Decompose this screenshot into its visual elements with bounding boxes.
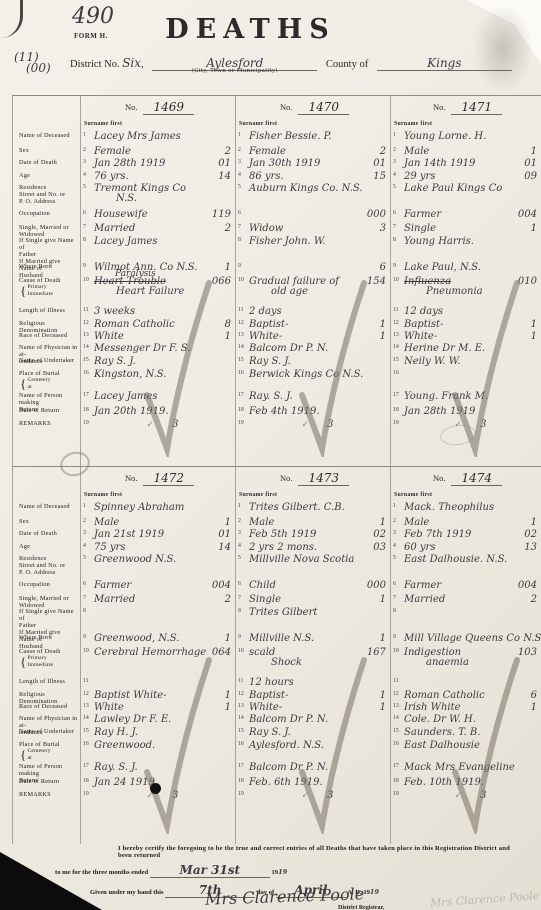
- field-code: 1: [225, 262, 231, 273]
- row-label-line: Name of Undertaker: [19, 357, 78, 364]
- row-label-line: If Single give Name of: [19, 608, 78, 622]
- field-value: Lake Paul Kings Co: [404, 183, 502, 194]
- field-code: 1: [380, 331, 386, 342]
- row-label-text: Race of Deceased: [19, 332, 78, 339]
- record-1472-marital: 7Married2: [80, 594, 235, 607]
- field-code: 004: [212, 580, 231, 591]
- field-code: 01: [218, 529, 231, 540]
- page-title: DEATHS: [0, 14, 501, 45]
- record-1470-burial: 16Berwick Kings Co N.S.: [235, 369, 390, 391]
- row-label-line: Where Born: [19, 263, 78, 270]
- field-line: White-1: [239, 331, 390, 342]
- row-label-age: Age: [12, 171, 80, 183]
- record-1473-occupation: 6Child000: [235, 580, 390, 594]
- field-value: Mack Mrs Evangeline: [404, 762, 515, 773]
- surname-note-cell: Surname first: [235, 489, 390, 502]
- form-row-race: Race of Deceased13White113White-113White…: [12, 331, 541, 343]
- field-line: 60 yrs13: [394, 542, 541, 553]
- form-row-undertaker: Name of Undertaker15Ray S. J.15Ray S. J.…: [12, 356, 541, 369]
- field-value: 2 days: [249, 306, 282, 317]
- row-label-text: Place of Burial{Cemeteryat: [19, 370, 78, 390]
- row-label-text: Sex: [19, 147, 78, 154]
- row-number: 9: [238, 634, 241, 640]
- record-1469-return_by: 17Lacey James: [80, 391, 235, 406]
- surname-note: Surname first: [239, 121, 277, 127]
- brace-icon: {: [20, 751, 26, 758]
- record-1471-age: 429 yrs09: [390, 171, 541, 183]
- row-label-text: Where Born: [19, 263, 78, 270]
- row-label-text: Cause of Death{PrimaryImmediate: [19, 277, 78, 297]
- field-code: 2: [225, 146, 231, 157]
- row-label-name: Name of Deceased: [12, 502, 80, 517]
- field-line: Single1: [394, 223, 541, 234]
- row-number: 19: [83, 791, 89, 797]
- field-line: White-1: [239, 702, 390, 713]
- field-value: Male: [94, 517, 119, 528]
- row-label-line: Date of Return: [19, 778, 78, 785]
- row-label-text: Length of Illness: [19, 307, 78, 314]
- row-number: 9: [238, 263, 241, 269]
- field-line: Male1: [239, 517, 390, 528]
- row-label-line: Name of Deceased: [19, 503, 78, 510]
- field-value: Jan 14th 1919: [404, 158, 475, 169]
- record-number-cell: No.1472: [80, 467, 235, 489]
- field-line: Balcom Dr P. N.: [239, 762, 390, 773]
- row-label-return_date: Date of Return: [12, 406, 80, 419]
- field-line: Herine Dr M. E.: [394, 343, 541, 354]
- record-1472-sex: 2Male1: [80, 517, 235, 529]
- district-label: District No.: [70, 59, 120, 70]
- row-number: 8: [393, 608, 396, 614]
- record-1473-return_by: 17Balcom Dr P. N.: [235, 762, 390, 777]
- field-line: Feb. 6th 1919.: [239, 777, 390, 788]
- row-label-undertaker: Name of Undertaker: [12, 356, 80, 369]
- record-1473-remarks: 19✓3: [235, 790, 390, 844]
- field-code: 1: [531, 517, 537, 528]
- row-label-age: Age: [12, 542, 80, 554]
- field-line: ✓3: [239, 790, 390, 801]
- record-1472-undertaker: 15Ray H. J.: [80, 727, 235, 740]
- field-line: Young Harris.: [394, 236, 541, 247]
- field-line: Feb. 10th 1919.: [394, 777, 541, 788]
- field-line: 3 weeks: [84, 306, 235, 317]
- field-line: Feb 7th 191902: [394, 529, 541, 540]
- field-line: Child000: [239, 580, 390, 591]
- field-line2: N.S.: [84, 194, 235, 204]
- row-number: 2: [83, 518, 86, 524]
- record-number-cell: No.1470: [235, 96, 390, 118]
- field-value: Herine Dr M. E.: [404, 343, 485, 354]
- field-line2: Pneumonia: [394, 287, 541, 297]
- form-row-return_date: Date of Return18Jan 24 1919.18Feb. 6th 1…: [12, 777, 541, 790]
- record-number: 1474: [451, 471, 502, 486]
- row-number: 16: [238, 741, 244, 747]
- row-label-subline: Immediate: [27, 662, 53, 669]
- record-1473-race: 13White-1: [235, 702, 390, 714]
- row-number: 7: [83, 224, 86, 230]
- field-code: 1: [531, 331, 537, 342]
- form-row-burial: Place of Burial{Cemeteryat16Greenwood.16…: [12, 740, 541, 762]
- field-code: 6: [531, 690, 537, 701]
- field-line: Roman Catholic6: [394, 690, 541, 701]
- form-row-return_by: Name of Person makingReturn17Ray. S. J.1…: [12, 762, 541, 777]
- record-1469-cause: 10ParalysisHeart Trouble066Heart Failure: [80, 276, 235, 306]
- row-number: 6: [83, 210, 86, 216]
- field-line: Jan 28th 191901: [84, 158, 235, 169]
- row-label-line: Sex: [19, 147, 78, 154]
- field-code: 103: [518, 647, 537, 658]
- field-value: Ray S. J.: [94, 356, 136, 367]
- field-line: Feb 4th 1919.: [239, 406, 390, 417]
- record-1473-cause: 10scald167Shock: [235, 647, 390, 677]
- field-code: 1: [380, 702, 386, 713]
- field-value: Aylesford. N.S.: [249, 740, 324, 751]
- form-row-burial: Place of Burial{Cemeteryat16Kingston, N.…: [12, 369, 541, 391]
- surname-note-cell: Surname first: [390, 489, 541, 502]
- field-value: Housewife: [94, 209, 148, 220]
- record-1470-undertaker: 15Ray S. J.: [235, 356, 390, 369]
- row-number: 2: [238, 147, 241, 153]
- row-number: 11: [393, 307, 399, 313]
- field-line: Balcom Dr P. N.: [239, 343, 390, 354]
- record-1471-religion: 12Baptist-1: [390, 319, 541, 331]
- record-1474-name: 1Mack. Theophilus: [390, 502, 541, 517]
- row-number: 10: [238, 648, 244, 654]
- field-code: 000: [367, 209, 386, 220]
- record-1471-physician: 14Herine Dr M. E.: [390, 343, 541, 356]
- field-line2: Shock: [239, 658, 390, 668]
- field-code: 1: [225, 690, 231, 701]
- row-label-name: Name of Deceased: [12, 131, 80, 146]
- field-code: 1: [225, 702, 231, 713]
- row-label-line: P. O. Address: [19, 198, 78, 205]
- form-row-illness: Length of Illness113 weeks112 days1112 d…: [12, 306, 541, 319]
- field-line: Lawley Dr F. E.: [84, 714, 235, 725]
- field-code: 1: [380, 517, 386, 528]
- record-1471-return_by: 17Young. Frank M.: [390, 391, 541, 406]
- row-number: 7: [238, 595, 241, 601]
- row-label-burial: Place of Burial{Cemeteryat: [12, 369, 80, 391]
- row-label-return_by: Name of Person makingReturn: [12, 391, 80, 406]
- field-value: Feb 7th 1919: [404, 529, 471, 540]
- field-value: Lawley Dr F. E.: [94, 714, 171, 725]
- row-label-illness: Length of Illness: [12, 677, 80, 690]
- field-value: Messenger Dr F. S.: [94, 343, 190, 354]
- row-label-born: Where Born: [12, 262, 80, 276]
- form-row-illness: Length of Illness111112 hours11: [12, 677, 541, 690]
- check-mark-icon: ✓: [455, 790, 463, 801]
- field-value: White-: [249, 331, 282, 342]
- field-value: East Dalhousie: [404, 740, 480, 751]
- field-value: Baptist-: [249, 319, 288, 330]
- row-number: 4: [83, 543, 86, 549]
- row-label-line: Length of Illness: [19, 307, 78, 314]
- field-line: 000: [239, 209, 390, 220]
- record-1473-undertaker: 15Ray S. J.: [235, 727, 390, 740]
- field-line: Saunders. T. B.: [394, 727, 541, 738]
- field-line: Auburn Kings Co. N.S.: [239, 183, 390, 194]
- row-number: 12: [83, 320, 89, 326]
- field-code: 1: [531, 702, 537, 713]
- row-number: 1: [83, 503, 86, 509]
- form-row-physician: Name of Physician in at-tendance14Messen…: [12, 343, 541, 356]
- row-number: 18: [238, 407, 244, 413]
- record-1470-dod: 3Jan 30th 191901: [235, 158, 390, 171]
- row-label-illness: Length of Illness: [12, 306, 80, 319]
- record-1474-return_by: 17Mack Mrs Evangeline: [390, 762, 541, 777]
- field-value: Farmer: [404, 580, 441, 591]
- field-value: Young Lorne. H.: [404, 131, 486, 142]
- form-row-religion: Religious Denomination12Roman Catholic81…: [12, 319, 541, 331]
- record-1470-race: 13White-1: [235, 331, 390, 343]
- row-number: 3: [238, 159, 241, 165]
- field-line: Trites Gilbert: [239, 607, 390, 618]
- record-1472-remarks: 19✓3: [80, 790, 235, 844]
- field-value: Baptist White-: [94, 690, 167, 701]
- field-value: White-: [404, 331, 437, 342]
- record-1469-parent: 8Lacey James: [80, 236, 235, 262]
- field-code: 3: [380, 223, 386, 234]
- field-line: Married2: [394, 594, 541, 605]
- brace-icon: {: [20, 287, 26, 294]
- record-1470-return_by: 17Ray. S. J.: [235, 391, 390, 406]
- record-1473-name: 1Trites Gilbert. C.B.: [235, 502, 390, 517]
- row-number: 8: [393, 237, 396, 243]
- field-line: 86 yrs.15: [239, 171, 390, 182]
- row-number: 9: [393, 634, 396, 640]
- row-label-text: Name of Undertaker: [19, 728, 78, 735]
- row-number: 7: [238, 224, 241, 230]
- field-value: Feb 5th 1919: [249, 529, 316, 540]
- row-number: 1: [393, 132, 396, 138]
- record-1469-occupation: 6Housewife119: [80, 209, 235, 223]
- field-value: Lacey Mrs James: [94, 131, 181, 142]
- field-line: Ray. S. J.: [84, 762, 235, 773]
- row-number: 2: [83, 147, 86, 153]
- certification-line2: to me for the three months ended Mar 31s…: [55, 863, 541, 878]
- row-number: 19: [393, 420, 399, 426]
- field-note: Paralysis: [115, 269, 156, 279]
- field-value: 3: [480, 790, 486, 801]
- field-line: Male1: [394, 517, 541, 528]
- field-line: Jan 30th 191901: [239, 158, 390, 169]
- field-value: 60 yrs: [404, 542, 435, 553]
- form-row-residence: ResidenceStreet and No. orP. O. Address5…: [12, 183, 541, 209]
- field-value: Mill Village Queens Co N.S.: [404, 633, 541, 644]
- row-label-line: Date of Return: [19, 407, 78, 414]
- row-label-line: Occupation: [19, 210, 78, 217]
- field-code: 119: [212, 209, 231, 220]
- field-code: 14: [218, 542, 231, 553]
- field-line: Trites Gilbert. C.B.: [239, 502, 390, 513]
- record-1472-age: 475 yrs14: [80, 542, 235, 554]
- row-number: 13: [83, 703, 89, 709]
- form-row-dod: Date of Death3Jan 21st 1919013Feb 5th 19…: [12, 529, 541, 542]
- record-1472-cause: 10Cerebral Hemorrhage064: [80, 647, 235, 677]
- row-label-text: Occupation: [19, 581, 78, 588]
- field-line: 2 yrs 2 mons.03: [239, 542, 390, 553]
- record-1473-physician: 14Balcom Dr P. N.: [235, 714, 390, 727]
- row-number: 4: [238, 172, 241, 178]
- field-line: Balcom Dr P. N.: [239, 714, 390, 725]
- record-1471-race: 13White-1: [390, 331, 541, 343]
- field-code: 1: [380, 319, 386, 330]
- record-1473-illness: 1112 hours: [235, 677, 390, 690]
- row-number: 10: [393, 648, 399, 654]
- check-mark-icon: ✓: [302, 790, 310, 801]
- row-number: 11: [238, 678, 244, 684]
- record-1471-return_date: 18Jan 28th 1919: [390, 406, 541, 419]
- row-label-burial: Place of Burial{Cemeteryat: [12, 740, 80, 762]
- row-number: 13: [393, 332, 399, 338]
- field-code: 2: [225, 594, 231, 605]
- record-1474-parent: 8: [390, 607, 541, 633]
- field-line2: Heart Failure: [84, 287, 235, 297]
- record-1470-physician: 14Balcom Dr P. N.: [235, 343, 390, 356]
- field-value: Roman Catholic: [404, 690, 485, 701]
- record-1471-marital: 7Single1: [390, 223, 541, 236]
- form-row-marital: Single, Married orWidowed7Married27Singl…: [12, 594, 541, 607]
- row-label-sublines: Cemeteryat: [27, 748, 50, 761]
- record-1469-undertaker: 15Ray S. J.: [80, 356, 235, 369]
- row-number: 3: [393, 159, 396, 165]
- field-value: Married: [404, 594, 445, 605]
- record-1470-parent: 8Fisher John. W.: [235, 236, 390, 262]
- form-row-occupation: Occupation6Housewife11960006Farmer004: [12, 209, 541, 223]
- record-1472-born: 9Greenwood, N.S.1: [80, 633, 235, 647]
- field-value: Ray S. J.: [249, 356, 291, 367]
- row-number: 1: [238, 132, 241, 138]
- row-number: 18: [393, 407, 399, 413]
- field-line: 12 hours: [239, 677, 390, 688]
- field-code: 066: [212, 276, 231, 287]
- surname-note: Surname first: [84, 121, 122, 127]
- record-1473-return_date: 18Feb. 6th 1919.: [235, 777, 390, 790]
- row-number: 3: [238, 530, 241, 536]
- record-1470-return_date: 18Feb 4th 1919.: [235, 406, 390, 419]
- field-value: Female: [94, 146, 131, 157]
- field-line: White1: [84, 702, 235, 713]
- record-1474-born: 9Mill Village Queens Co N.S.: [390, 633, 541, 647]
- field-line: Roman Catholic8: [84, 319, 235, 330]
- surname-note: Surname first: [84, 492, 122, 498]
- field-line: Farmer004: [394, 580, 541, 591]
- field-line: Male1: [394, 146, 541, 157]
- row-number: 6: [83, 581, 86, 587]
- row-number: 2: [238, 518, 241, 524]
- record-1469-burial: 16Kingston, N.S.: [80, 369, 235, 391]
- row-number: 4: [393, 543, 396, 549]
- row-label-line: Father: [19, 622, 78, 629]
- record-number: 1472: [143, 471, 194, 486]
- field-code: 13: [524, 542, 537, 553]
- row-number: 13: [83, 332, 89, 338]
- field-value: 12 hours: [249, 677, 294, 688]
- field-line: Mack. Theophilus: [394, 502, 541, 513]
- field-value: Married: [94, 594, 135, 605]
- row-number: 18: [83, 778, 89, 784]
- record-1469-religion: 12Roman Catholic8: [80, 319, 235, 331]
- record-1470-name: 1Fisher Bessie. P.: [235, 131, 390, 146]
- field-line: Jan 20th 1919.: [84, 406, 235, 417]
- field-line: Lake Paul Kings Co: [394, 183, 541, 194]
- row-label-subline: Cemetery: [27, 748, 50, 755]
- field-line: Farmer004: [84, 580, 235, 591]
- row-label-line: Occupation: [19, 581, 78, 588]
- field-line: scald167: [239, 647, 390, 658]
- row-label-text: Name of Deceased: [19, 132, 78, 139]
- record-1474-undertaker: 15Saunders. T. B.: [390, 727, 541, 740]
- field-value: Lacey James: [94, 236, 157, 247]
- field-code: 02: [373, 529, 386, 540]
- row-label-line: Residence: [19, 184, 78, 191]
- row-number: 19: [238, 791, 244, 797]
- field-value: 3: [172, 790, 178, 801]
- field-code: 1: [225, 517, 231, 528]
- row-label-line: Name of Person making: [19, 392, 78, 406]
- field-line: Married2: [84, 594, 235, 605]
- record-1474-religion: 12Roman Catholic6: [390, 690, 541, 702]
- row-number: 4: [83, 172, 86, 178]
- row-number: 14: [393, 344, 399, 350]
- row-label-cause: Cause of Death{PrimaryImmediate: [12, 647, 80, 677]
- record-1473-burial: 16Aylesford. N.S.: [235, 740, 390, 762]
- record-1469-name: 1Lacey Mrs James: [80, 131, 235, 146]
- field-line: Ray S. J.: [84, 356, 235, 367]
- record-1471-occupation: 6Farmer004: [390, 209, 541, 223]
- field-line: Lacey James: [84, 236, 235, 247]
- field-line: 76 yrs.14: [84, 171, 235, 182]
- field-code: 154: [367, 276, 386, 287]
- record-1473-marital: 7Single1: [235, 594, 390, 607]
- field-line: Jan 14th 191901: [394, 158, 541, 169]
- row-label-text: Race of Deceased: [19, 703, 78, 710]
- field-code: 03: [373, 542, 386, 553]
- row-label-line: Place of Burial: [19, 741, 78, 748]
- field-code: 15: [373, 171, 386, 182]
- record-number-cell: No.1471: [390, 96, 541, 118]
- field-line: Millville Nova Scotia: [239, 554, 390, 565]
- field-value: Widow: [249, 223, 283, 234]
- row-label-line: Cause of Death: [19, 277, 78, 284]
- row-number: 15: [393, 728, 399, 734]
- row-label-line: Street and No. or: [19, 562, 78, 569]
- no-label: No.: [433, 102, 446, 112]
- field-value: 3: [172, 419, 178, 430]
- field-line: 12 days: [394, 306, 541, 317]
- row-label-line: Name of Person making: [19, 763, 78, 777]
- row-number: 14: [83, 715, 89, 721]
- record-number: 1469: [143, 100, 194, 115]
- field-value: Greenwood, N.S.: [94, 633, 179, 644]
- field-line: 6: [239, 262, 390, 273]
- field-value: 2 yrs 2 mons.: [249, 542, 317, 553]
- field-value: 75 yrs: [94, 542, 125, 553]
- field-value: Single: [249, 594, 281, 605]
- field-code: 01: [218, 158, 231, 169]
- row-label-subline: at: [27, 755, 50, 762]
- check-mark-icon: ✓: [302, 419, 310, 430]
- record-1470-occupation: 6000: [235, 209, 390, 223]
- row-number: 16: [393, 370, 399, 376]
- row-number: 18: [393, 778, 399, 784]
- record-1469-age: 476 yrs.14: [80, 171, 235, 183]
- record-1471-residence: 5Lake Paul Kings Co: [390, 183, 541, 209]
- field-line: Baptist White-1: [84, 690, 235, 701]
- field-line: Kingston, N.S.: [84, 369, 235, 380]
- row-number: 5: [238, 555, 241, 561]
- row-number: 15: [238, 357, 244, 363]
